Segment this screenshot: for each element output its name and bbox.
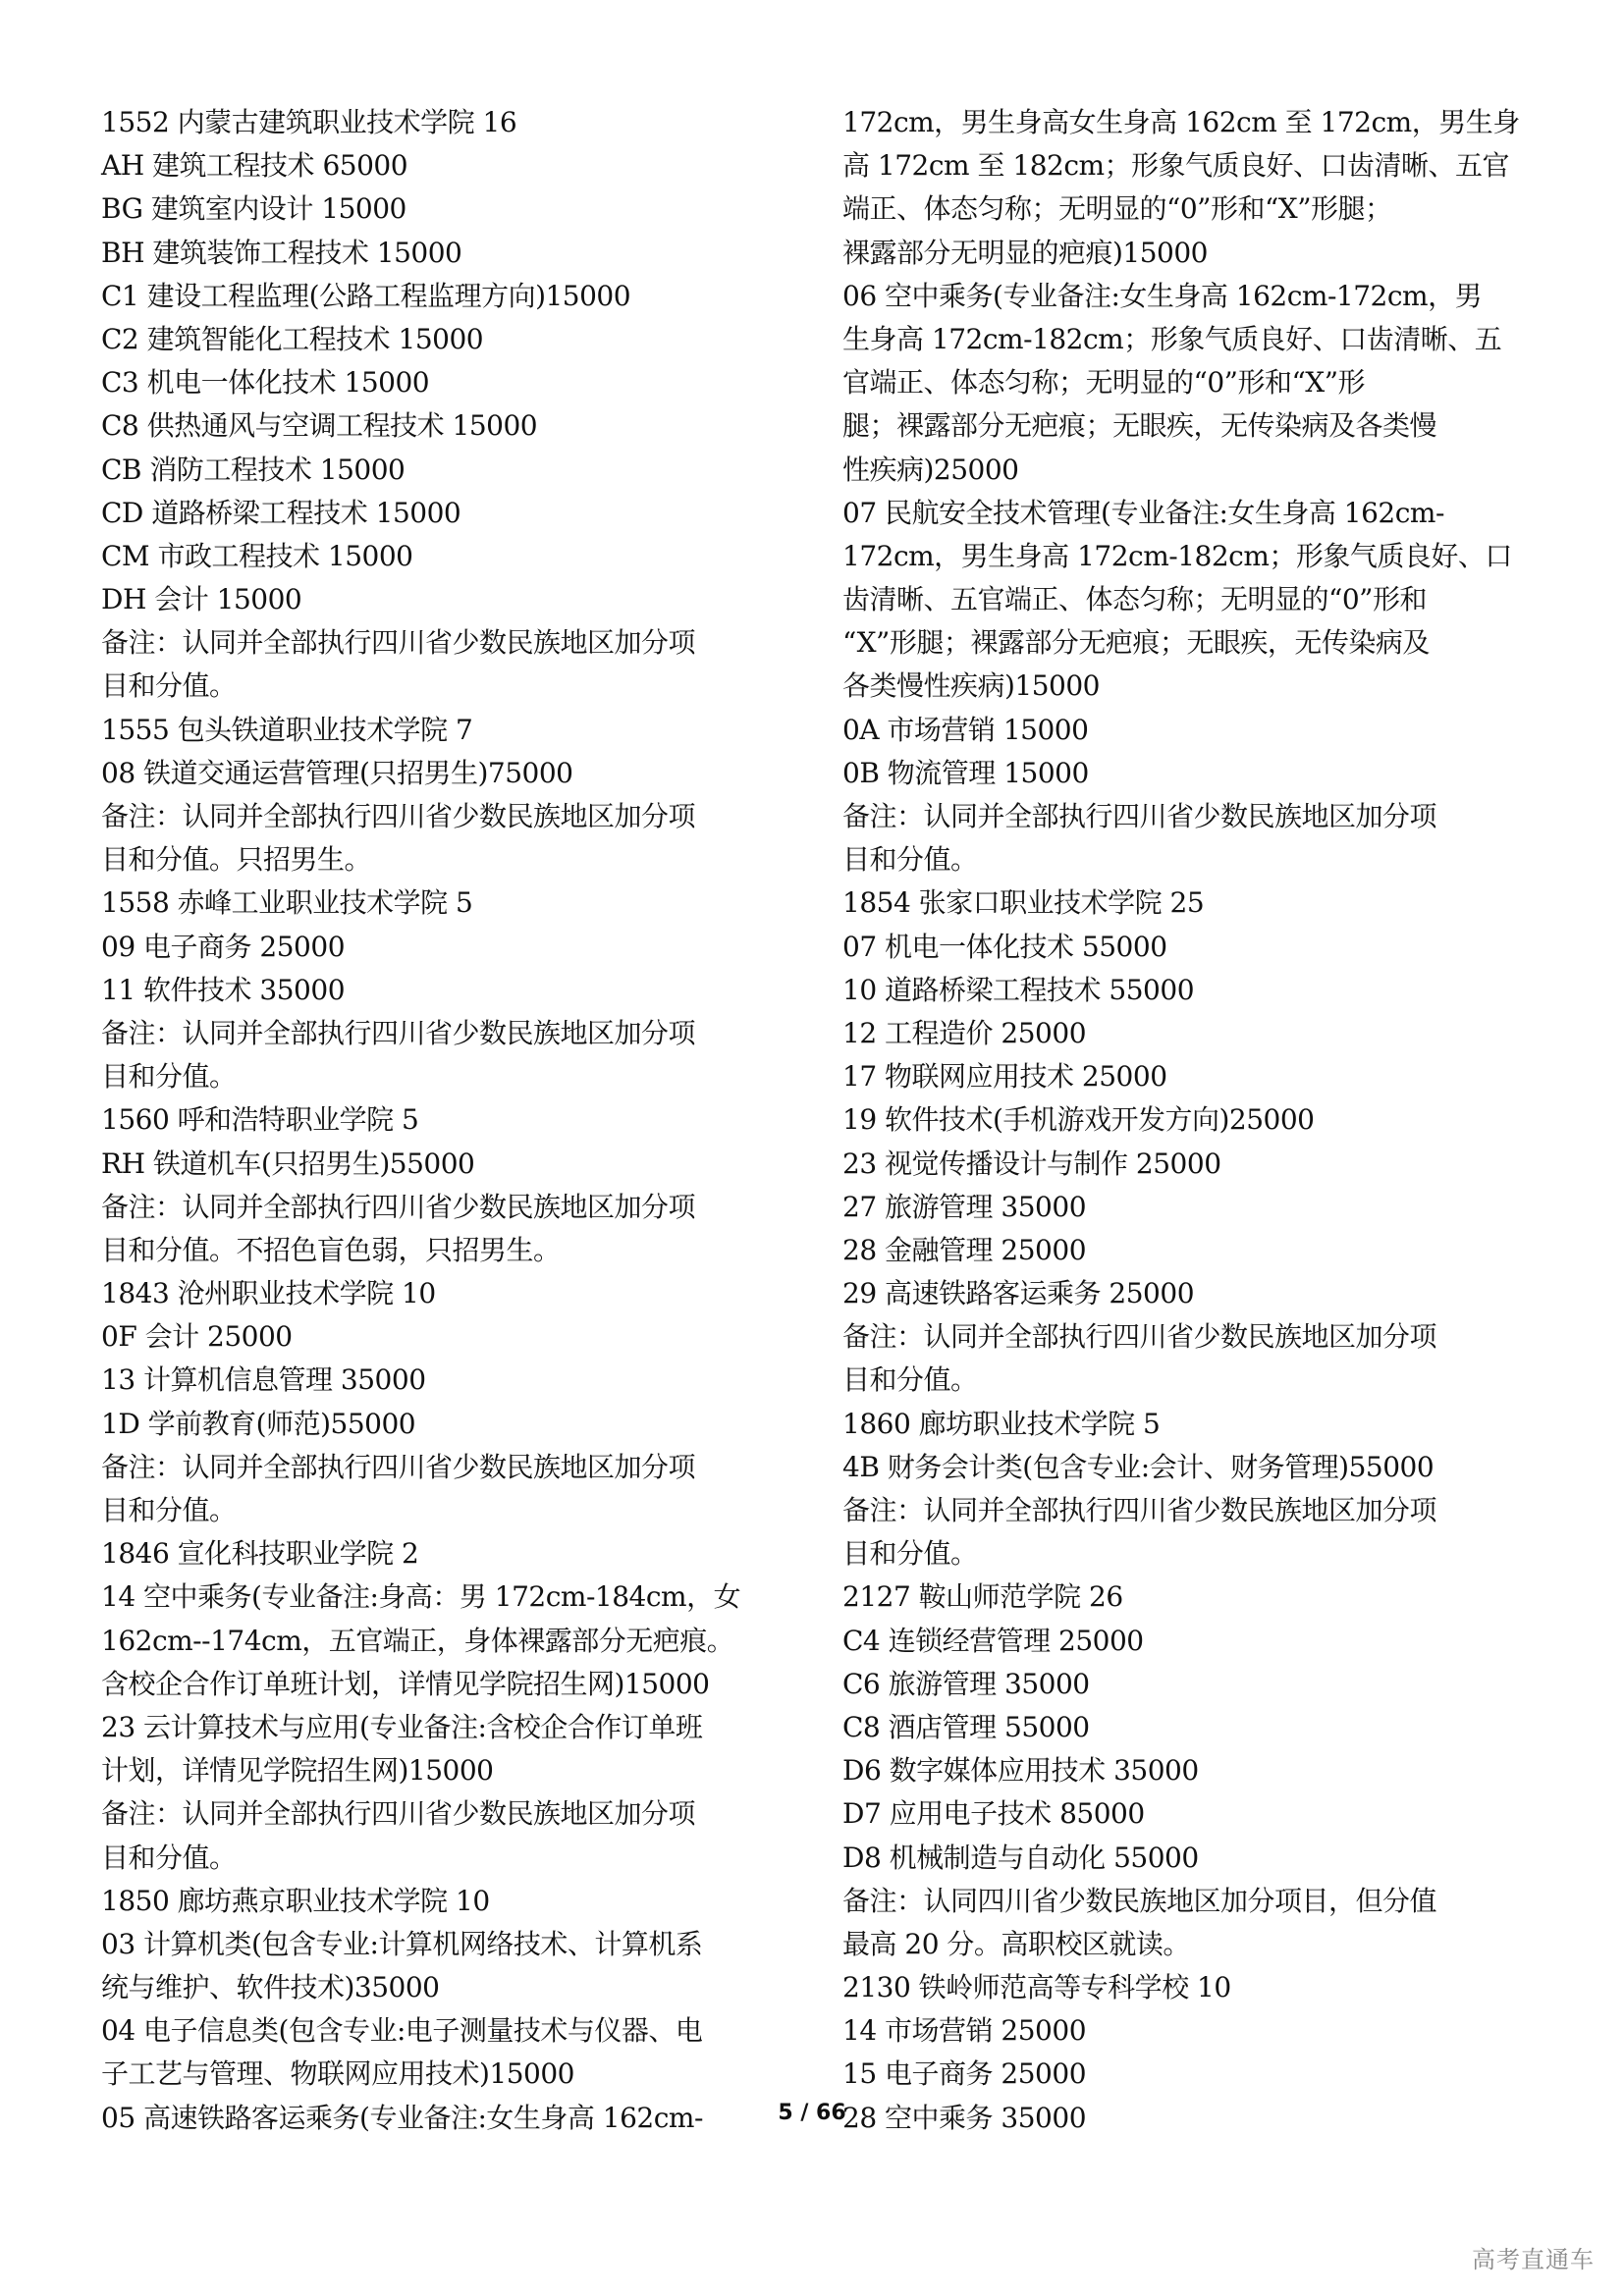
text-line: 03 计算机类(包含专业:计算机网络技术、计算机系 <box>101 1923 788 1966</box>
text-line: 14 空中乘务(专业备注:身高：男 172cm-184cm，女 <box>101 1575 788 1619</box>
text-line: 官端正、体态匀称；无明显的“0”形和“X”形 <box>842 361 1530 404</box>
text-line: BH 建筑装饰工程技术 15000 <box>101 232 788 275</box>
text-line: 4B 财务会计类(包含专业:会计、财务管理)55000 <box>842 1446 1530 1489</box>
text-line: CB 消防工程技术 15000 <box>101 449 788 492</box>
text-line: D8 机械制造与自动化 55000 <box>842 1837 1530 1880</box>
text-line: 1843 沧州职业技术学院 10 <box>101 1272 788 1315</box>
text-line: C4 连锁经营管理 25000 <box>842 1620 1530 1663</box>
text-line: 2127 鞍山师范学院 26 <box>842 1575 1530 1619</box>
text-line: 08 铁道交通运营管理(只招男生)75000 <box>101 752 788 795</box>
text-line: 0F 会计 25000 <box>101 1315 788 1359</box>
text-line: 172cm，男生身高 172cm-182cm；形象气质良好、口 <box>842 535 1530 578</box>
text-line: 2130 铁岭师范高等专科学校 10 <box>842 1966 1530 2009</box>
text-line: 13 计算机信息管理 35000 <box>101 1359 788 1402</box>
text-line: 1555 包头铁道职业技术学院 7 <box>101 709 788 752</box>
text-line: 端正、体态匀称；无明显的“0”形和“X”形腿； <box>842 187 1530 231</box>
text-line: 生身高 172cm-182cm；形象气质良好、口齿清晰、五 <box>842 318 1530 361</box>
document-page: 1552 内蒙古建筑职业技术学院 16AH 建筑工程技术 65000BG 建筑室… <box>0 0 1624 2296</box>
text-line: 12 工程造价 25000 <box>842 1012 1530 1055</box>
left-column: 1552 内蒙古建筑职业技术学院 16AH 建筑工程技术 65000BG 建筑室… <box>101 101 788 2140</box>
text-line: 备注：认同并全部执行四川省少数民族地区加分项 <box>842 1489 1530 1532</box>
text-line: 各类慢性疾病)15000 <box>842 665 1530 708</box>
text-line: 0A 市场营销 15000 <box>842 709 1530 752</box>
right-column: 172cm，男生身高女生身高 162cm 至 172cm，男生身高 172cm … <box>842 101 1530 2140</box>
text-line: 172cm，男生身高女生身高 162cm 至 172cm，男生身 <box>842 101 1530 144</box>
text-line: CD 道路桥梁工程技术 15000 <box>101 492 788 535</box>
text-line: 备注：认同并全部执行四川省少数民族地区加分项 <box>101 621 788 665</box>
text-line: D7 应用电子技术 85000 <box>842 1792 1530 1836</box>
text-line: 17 物联网应用技术 25000 <box>842 1055 1530 1098</box>
text-line: 1846 宣化科技职业学院 2 <box>101 1532 788 1575</box>
text-line: BG 建筑室内设计 15000 <box>101 187 788 231</box>
text-line: 高 172cm 至 182cm；形象气质良好、口齿清晰、五官 <box>842 144 1530 187</box>
text-line: 1850 廊坊燕京职业技术学院 10 <box>101 1880 788 1923</box>
text-line: 目和分值。 <box>101 1837 788 1880</box>
text-line: 06 空中乘务(专业备注:女生身高 162cm-172cm，男 <box>842 275 1530 318</box>
text-line: 1552 内蒙古建筑职业技术学院 16 <box>101 101 788 144</box>
text-line: 含校企合作订单班计划，详情见学院招生网)15000 <box>101 1663 788 1706</box>
text-line: 19 软件技术(手机游戏开发方向)25000 <box>842 1098 1530 1142</box>
text-line: CM 市政工程技术 15000 <box>101 535 788 578</box>
text-line: 07 民航安全技术管理(专业备注:女生身高 162cm- <box>842 492 1530 535</box>
text-line: 备注：认同并全部执行四川省少数民族地区加分项 <box>101 1446 788 1489</box>
text-line: C8 酒店管理 55000 <box>842 1706 1530 1749</box>
text-line: 备注：认同并全部执行四川省少数民族地区加分项 <box>101 1186 788 1229</box>
text-line: RH 铁道机车(只招男生)55000 <box>101 1143 788 1186</box>
text-line: 腿；裸露部分无疤痕；无眼疾，无传染病及各类慢 <box>842 404 1530 448</box>
text-line: 1560 呼和浩特职业学院 5 <box>101 1098 788 1142</box>
text-line: 0B 物流管理 15000 <box>842 752 1530 795</box>
text-line: 备注：认同并全部执行四川省少数民族地区加分项 <box>842 1315 1530 1359</box>
text-line: C6 旅游管理 35000 <box>842 1663 1530 1706</box>
text-line: C3 机电一体化技术 15000 <box>101 361 788 404</box>
text-line: AH 建筑工程技术 65000 <box>101 144 788 187</box>
text-line: “X”形腿；裸露部分无疤痕；无眼疾，无传染病及 <box>842 621 1530 665</box>
text-line: D6 数字媒体应用技术 35000 <box>842 1749 1530 1792</box>
text-line: 计划，详情见学院招生网)15000 <box>101 1749 788 1792</box>
text-line: 28 金融管理 25000 <box>842 1229 1530 1272</box>
text-line: 最高 20 分。高职校区就读。 <box>842 1923 1530 1966</box>
text-line: 统与维护、软件技术)35000 <box>101 1966 788 2009</box>
text-line: 备注：认同并全部执行四川省少数民族地区加分项 <box>101 795 788 838</box>
text-line: 子工艺与管理、物联网应用技术)15000 <box>101 2053 788 2096</box>
text-line: 29 高速铁路客运乘务 25000 <box>842 1272 1530 1315</box>
text-line: 1558 赤峰工业职业技术学院 5 <box>101 881 788 925</box>
text-line: 齿清晰、五官端正、体态匀称；无明显的“0”形和 <box>842 578 1530 621</box>
text-line: 09 电子商务 25000 <box>101 926 788 969</box>
text-line: 1860 廊坊职业技术学院 5 <box>842 1403 1530 1446</box>
text-line: 07 机电一体化技术 55000 <box>842 926 1530 969</box>
text-line: 15 电子商务 25000 <box>842 2053 1530 2096</box>
text-line: 162cm--174cm，五官端正，身体裸露部分无疤痕。 <box>101 1620 788 1663</box>
text-line: 1D 学前教育(师范)55000 <box>101 1403 788 1446</box>
text-line: 目和分值。 <box>842 1359 1530 1402</box>
text-line: 目和分值。 <box>101 1055 788 1098</box>
text-line: 23 云计算技术与应用(专业备注:含校企合作订单班 <box>101 1706 788 1749</box>
text-line: 目和分值。不招色盲色弱，只招男生。 <box>101 1229 788 1272</box>
text-line: 11 软件技术 35000 <box>101 969 788 1012</box>
page-number: 5 / 66 <box>0 2101 1624 2125</box>
text-line: C8 供热通风与空调工程技术 15000 <box>101 404 788 448</box>
text-line: 备注：认同并全部执行四川省少数民族地区加分项 <box>101 1012 788 1055</box>
watermark-text: 高考直通车 <box>1472 2240 1595 2274</box>
text-line: 备注：认同并全部执行四川省少数民族地区加分项 <box>101 1792 788 1836</box>
text-line: 备注：认同四川省少数民族地区加分项目，但分值 <box>842 1880 1530 1923</box>
text-line: 目和分值。 <box>842 838 1530 881</box>
text-line: 目和分值。 <box>842 1532 1530 1575</box>
text-line: 04 电子信息类(包含专业:电子测量技术与仪器、电 <box>101 2009 788 2053</box>
text-line: 目和分值。 <box>101 665 788 708</box>
text-line: 裸露部分无明显的疤痕)15000 <box>842 232 1530 275</box>
text-line: 目和分值。只招男生。 <box>101 838 788 881</box>
text-line: DH 会计 15000 <box>101 578 788 621</box>
text-line: 10 道路桥梁工程技术 55000 <box>842 969 1530 1012</box>
text-line: 14 市场营销 25000 <box>842 2009 1530 2053</box>
text-line: 1854 张家口职业技术学院 25 <box>842 881 1530 925</box>
text-line: 23 视觉传播设计与制作 25000 <box>842 1143 1530 1186</box>
text-line: 备注：认同并全部执行四川省少数民族地区加分项 <box>842 795 1530 838</box>
text-line: 性疾病)25000 <box>842 449 1530 492</box>
text-line: 27 旅游管理 35000 <box>842 1186 1530 1229</box>
text-line: C1 建设工程监理(公路工程监理方向)15000 <box>101 275 788 318</box>
text-line: 目和分值。 <box>101 1489 788 1532</box>
text-line: C2 建筑智能化工程技术 15000 <box>101 318 788 361</box>
